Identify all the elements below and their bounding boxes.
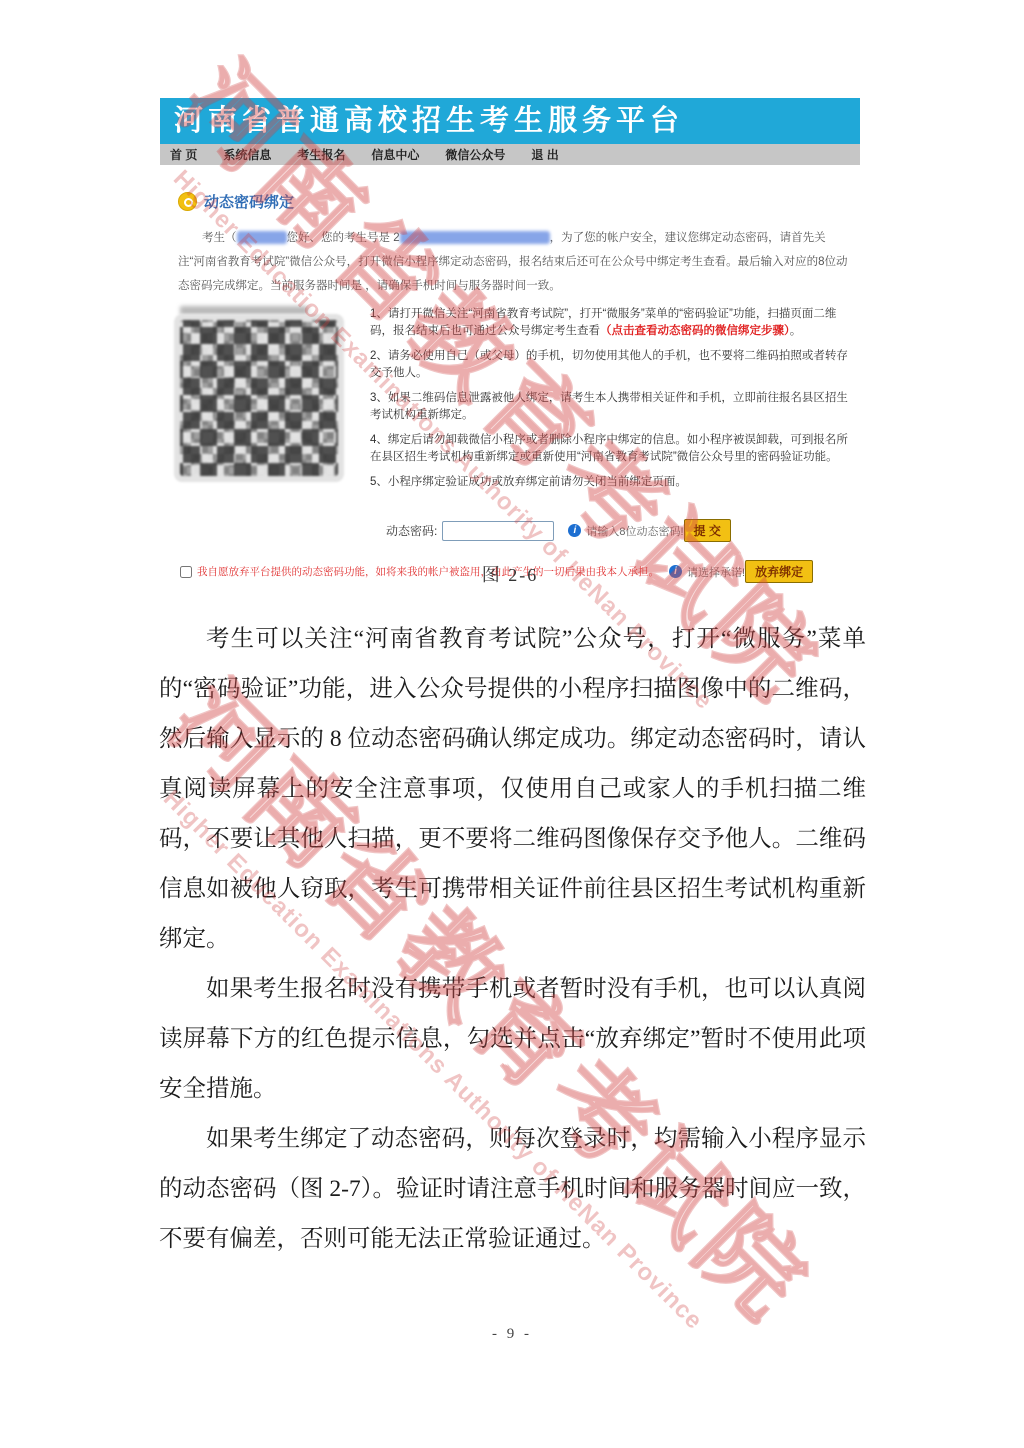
redacted-candidate-number <box>400 231 550 244</box>
qr-code-blurred <box>180 320 338 476</box>
section-title: 动态密码绑定 <box>204 191 294 212</box>
qr-and-instructions: 1、请打开微信关注“河南省教育考试院”，打开“微服务”菜单的“密码验证”功能，扫… <box>178 306 860 499</box>
instruction-item-2: 2、请务必使用自己（或父母）的手机，切勿使用其他人的手机，也不要将二维码拍照或者… <box>370 348 858 382</box>
intro-middle: 您好、您的考生号是 2 <box>287 232 400 244</box>
paragraph-1: 考生可以关注“河南省教育考试院”公众号，打开“微服务”菜单的“密码验证”功能，进… <box>159 614 866 964</box>
dynamic-password-input[interactable] <box>442 521 554 541</box>
page-number: - 9 - <box>0 1326 1024 1343</box>
nav-item-wechat-account[interactable]: 微信公众号 <box>445 146 505 163</box>
nav-item-logout[interactable]: 退 出 <box>531 146 558 163</box>
password-row: 动态密码: i 请输入8位动态密码! 提 交 <box>178 519 860 542</box>
instruction-item-1: 1、请打开微信关注“河南省教育考试院”，打开“微服务”菜单的“密码验证”功能，扫… <box>370 306 858 340</box>
instruction-1-tail: 。 <box>790 325 802 337</box>
instruction-item-4: 4、绑定后请勿卸载微信小程序或者删除小程序中绑定的信息。如小程序被误卸载，可到报… <box>370 432 858 466</box>
lock-icon <box>178 192 197 211</box>
nav-item-home[interactable]: 首 页 <box>170 146 197 163</box>
redacted-text-strip <box>180 306 308 315</box>
intro-prefix: 考生（ <box>202 232 237 244</box>
section-header: 动态密码绑定 <box>178 191 860 212</box>
page-content: 动态密码绑定 考生（您好、您的考生号是 2，为了您的帐户安全，建议您绑定动态密码… <box>160 165 860 583</box>
submit-button[interactable]: 提 交 <box>684 519 731 542</box>
redacted-candidate-name <box>237 231 287 244</box>
embedded-screenshot: 河南省普通高校招生考生服务平台 首 页 系统信息 考生报名 信息中心 微信公众号… <box>160 98 860 583</box>
instruction-list: 1、请打开微信关注“河南省教育考试院”，打开“微服务”菜单的“密码验证”功能，扫… <box>370 306 858 499</box>
qr-column <box>178 306 354 499</box>
nav-item-info-center[interactable]: 信息中心 <box>371 146 419 163</box>
site-header: 河南省普通高校招生考生服务平台 <box>160 98 860 144</box>
site-title: 河南省普通高校招生考生服务平台 <box>174 105 684 137</box>
info-icon: i <box>568 524 581 537</box>
intro-text: 考生（您好、您的考生号是 2，为了您的帐户安全，建议您绑定动态密码，请首先关注“… <box>178 226 848 298</box>
instruction-item-3: 3、如果二维码信息泄露被他人绑定，请考生本人携带相关证件和手机，立即前往报名县区… <box>370 390 858 424</box>
paragraph-2: 如果考生报名时没有携带手机或者暂时没有手机，也可以认真阅读屏幕下方的红色提示信息… <box>159 964 866 1114</box>
password-hint: 请输入8位动态密码! <box>586 523 683 539</box>
password-label: 动态密码: <box>386 522 437 539</box>
wechat-binding-steps-link[interactable]: （点击查看动态密码的微信绑定步骤） <box>600 325 790 337</box>
paragraph-3: 如果考生绑定了动态密码，则每次登录时，均需输入小程序显示的动态密码（图 2-7）… <box>159 1114 866 1264</box>
nav-item-system-info[interactable]: 系统信息 <box>223 146 271 163</box>
site-nav: 首 页 系统信息 考生报名 信息中心 微信公众号 退 出 <box>160 144 860 165</box>
figure-caption: 图 2-6 <box>160 561 860 587</box>
instruction-item-5: 5、小程序绑定验证成功或放弃绑定前请勿关闭当前绑定页面。 <box>370 474 858 491</box>
document-body: 考生可以关注“河南省教育考试院”公众号，打开“微服务”菜单的“密码验证”功能，进… <box>159 614 866 1264</box>
nav-item-registration[interactable]: 考生报名 <box>297 146 345 163</box>
